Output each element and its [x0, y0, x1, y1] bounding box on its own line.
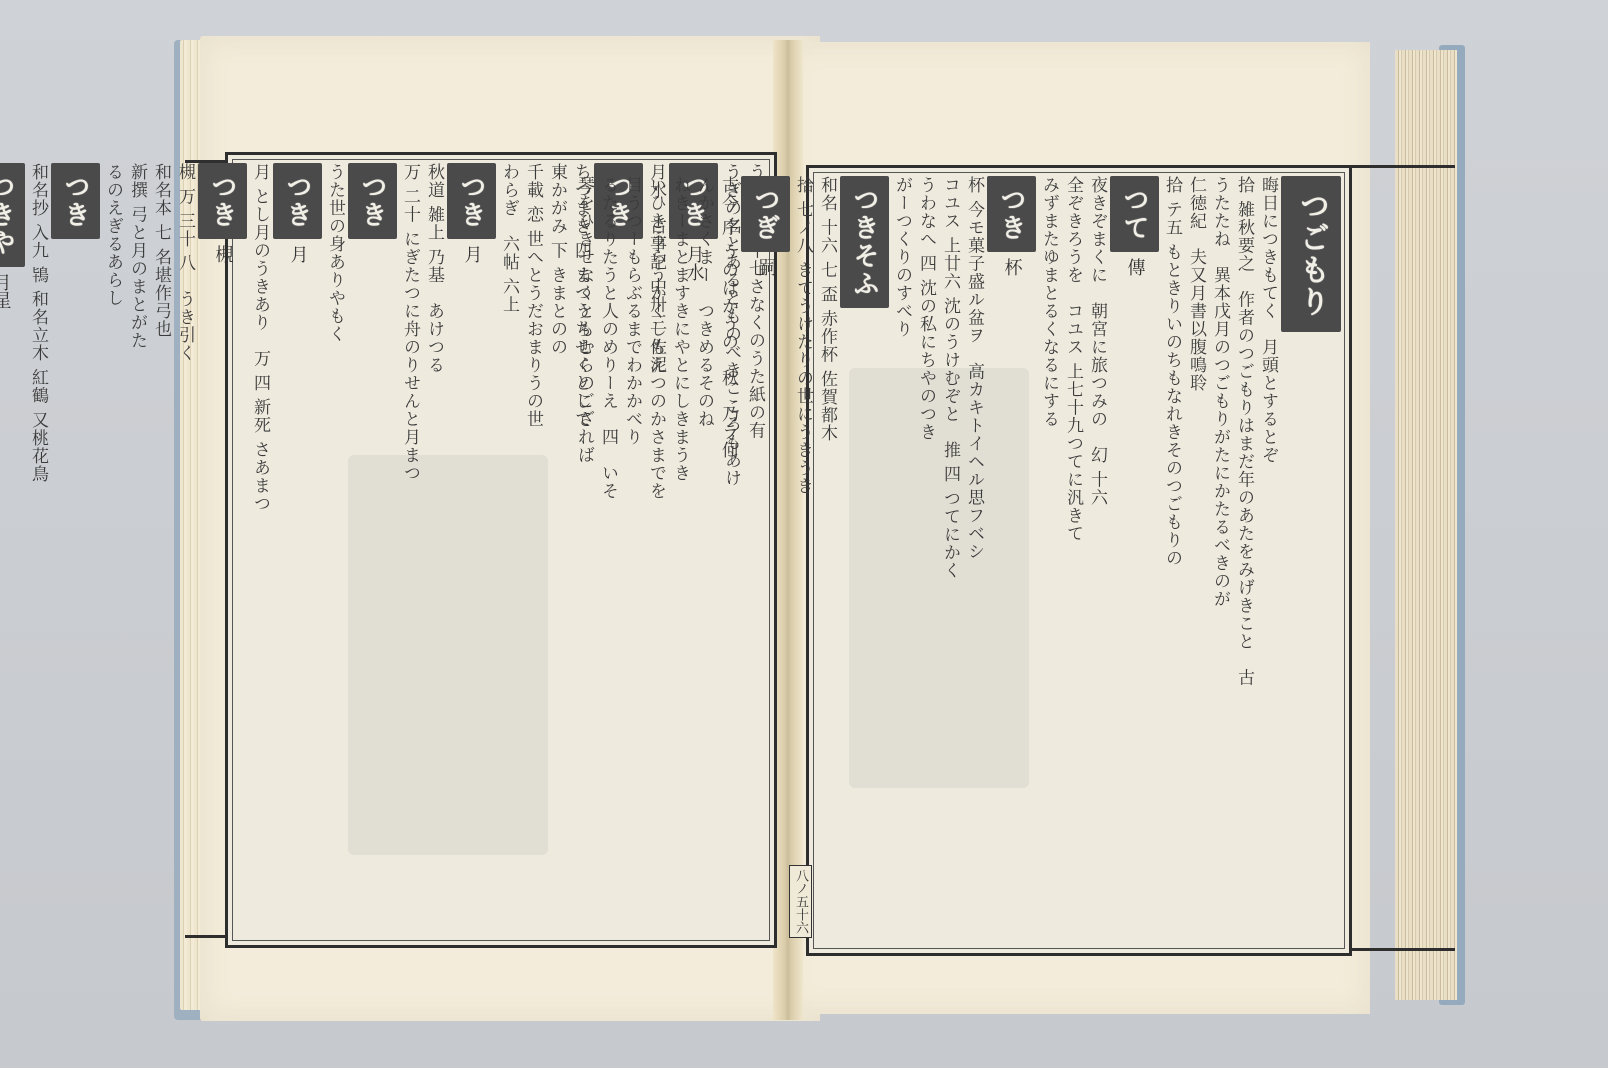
headword-entry: つて 傳	[1110, 176, 1159, 945]
text-column: 夜きぞまくに 朝宮に旅つみの 幻 十六	[1086, 176, 1108, 945]
bottom-rule-right-edge	[1345, 948, 1455, 951]
folio-number: 八ノ五十六	[789, 865, 812, 938]
text-column: うわなへ 四 沈の私にちやのつき	[915, 176, 937, 945]
headword-block: つきや	[0, 163, 25, 267]
right-page-text-frame: つごもり 晦日につきもてく 月頭とするとぞ 拾 雑秋要之 作者のつごもりはまだ年…	[806, 165, 1352, 956]
text-column: 杯 今モ菓子盛ル盆ヲ 高カキトイヘル思フベシ	[963, 176, 985, 945]
text-column: わらぎ 六帖 六上	[498, 163, 520, 937]
text-column: うたたね 異本戊月のつごもりがたにかたるべきのが	[1209, 176, 1231, 945]
page-edges-right	[1395, 50, 1457, 1000]
text-column: 千載 恋 世へとうだおまりうの世	[522, 163, 544, 937]
text-column: 琴をひきせなくともむらのござれば	[573, 176, 595, 945]
headword-gloss: 月星	[0, 273, 14, 309]
text-column: 目うつーもらぶるまでわかかべり	[621, 176, 643, 945]
text-column: 東かがみ 下 きまとのの	[546, 163, 568, 937]
open-book: うめがえ 十七さなくのうた紙の有 うぎの名とあるとものべきこころもあけ つき 月…	[170, 30, 1465, 1040]
text-column: 和名 十六 七 盃 赤作杯 佐賀都木	[816, 176, 838, 945]
text-column: 槻 万 三十 八 うき引く	[174, 163, 196, 937]
text-column: 仁徳紀 夫又月書以腹鳴聆	[1185, 176, 1207, 945]
text-column: うた世の身ありやもく	[324, 163, 346, 937]
text-column: んかさくまー つきめるそのね	[693, 176, 715, 945]
headword-block: つて	[1110, 176, 1159, 252]
headword-block: つき	[447, 163, 496, 239]
text-column: 拾 七ノ八 きてうけたりの世にうきうき	[792, 176, 814, 945]
text-column: コユス 上廿六 沈のうけむぞと 推 四 つてにかく	[939, 176, 961, 945]
headword-entry: つき 月	[273, 163, 322, 937]
text-column: 万 二十 にぎたつに舟のりせんと月まつ	[399, 163, 421, 937]
headword-gloss: 月	[285, 245, 311, 263]
text-column: がーつくりのすべり	[891, 176, 913, 945]
headword-gloss: 槻	[210, 245, 236, 263]
headword-entry: つき 槻	[198, 163, 247, 937]
headword-block: つき	[198, 163, 247, 239]
text-column: みずまたゆまとるくなるにする	[1038, 176, 1060, 945]
headword-block: つき	[348, 163, 397, 239]
text-column: いひきうらうかくしもえつのかさまでを	[645, 176, 667, 945]
text-column: 拾 テ五 もときりいのちもなれきそのつごもりの	[1161, 176, 1183, 945]
headword-entry: つごもり	[1281, 176, 1341, 945]
headword-entry: つき	[348, 163, 397, 937]
text-column: 晦日につきもてく 月頭とするとぞ	[1257, 176, 1279, 945]
headword-block: つごもり	[1281, 176, 1341, 332]
text-column: るたるりたうと人のめりーえ 四 いそ	[597, 176, 619, 945]
headword-entry: つぎ 嗣	[741, 176, 790, 945]
text-column: 拾 雑秋要之 作者のつごもりはまだ年のあたをみげきこと 古	[1233, 176, 1255, 945]
headword-entry: つき	[51, 163, 100, 937]
headword-entry: つき 月	[447, 163, 496, 937]
headword-entry: つきそふ	[840, 176, 889, 945]
headword-block: つき	[273, 163, 322, 239]
text-column: 和名抄 入九 鴇 和名立木 紅鶴 又桃花鳥	[27, 163, 49, 937]
headword-entry: つき 杯	[987, 176, 1036, 945]
text-column: ねきーまとますきにやとにしきまうき	[669, 176, 691, 945]
right-page-columns: つごもり 晦日につきもてく 月頭とするとぞ 拾 雑秋要之 作者のつごもりはまだ年…	[817, 176, 1341, 945]
text-column: 新撰 弓と月のまとがた	[126, 163, 148, 937]
headword-block: つぎ	[741, 176, 790, 252]
headword-gloss: 月	[459, 245, 485, 263]
text-column: 秋道 雑上 乃基 あけつる	[423, 163, 445, 937]
text-column: 月 とし月のうきあり 万 四 新死 さあまつ	[249, 163, 271, 937]
headword-entry: つきや 月星	[0, 163, 25, 937]
headword-gloss: 傳	[1122, 258, 1148, 276]
headword-block: つきそふ	[840, 176, 889, 308]
text-column: 古今 序 うのはかうの 秋 乃ラ何	[717, 176, 739, 945]
text-column: るのえぎるあらし	[102, 163, 124, 937]
text-column: 和名本 七 名堪作弓也	[150, 163, 172, 937]
text-column: 全ぞきろうを コユス 上七十九つてに汎きて	[1062, 176, 1084, 945]
headword-block: つき	[51, 163, 100, 239]
headword-block: つき	[987, 176, 1036, 252]
headword-gloss: 杯	[999, 258, 1025, 276]
headword-gloss: 嗣	[753, 258, 779, 276]
top-rule-right-edge	[1345, 165, 1455, 168]
